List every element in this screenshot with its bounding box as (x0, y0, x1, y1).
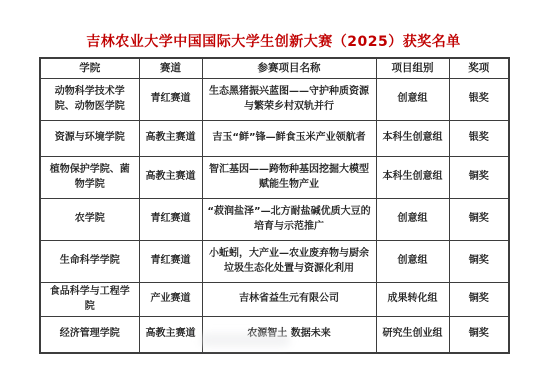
cell-college: 资源与环境学院 (40, 121, 139, 157)
table-row: 食品科学与工程学院 产业赛道 吉林省益生元有限公司 成果转化组 铜奖 (40, 283, 509, 317)
cell-track: 高教主赛道 (139, 317, 202, 353)
cell-college: 生命科学学院 (40, 241, 139, 283)
cell-track: 产业赛道 (139, 283, 202, 317)
cell-group: 本科生创意组 (376, 121, 449, 157)
table-row: 农学院 青红赛道 “菽润盐泽”—北方耐盐碱优质大豆的培育与示范推广 创意组 铜奖 (40, 199, 509, 241)
table-row: 动物科学技术学院、动物医学院 青红赛道 生态黑猪振兴蓝图——守护种质资源与繁荣乡… (40, 79, 509, 121)
cell-college: 经济管理学院 (40, 317, 139, 353)
page-title: 吉林农业大学中国国际大学生创新大赛（2025）获奖名单 (39, 31, 508, 51)
cell-group: 创意组 (376, 79, 449, 121)
cell-project: 生态黑猪振兴蓝图——守护种质资源与繁荣乡村双轨并行 (202, 79, 376, 121)
cell-college: 植物保护学院、菌物学院 (40, 157, 139, 199)
cell-track: 高教主赛道 (139, 121, 202, 157)
header-project: 参赛项目名称 (202, 58, 376, 79)
cell-project: 吉林省益生元有限公司 (202, 283, 376, 317)
table-row: 植物保护学院、菌物学院 高教主赛道 智汇基因——跨物种基因挖掘大模型赋能生物产业… (40, 157, 509, 199)
cell-track: 青红赛道 (139, 79, 202, 121)
cell-project: 吉玉“鲜”锋—鲜食玉米产业领航者 (202, 121, 376, 157)
cell-college: 动物科学技术学院、动物医学院 (40, 79, 139, 121)
header-track: 赛道 (139, 58, 202, 79)
table-row: 生命科学学院 青红赛道 小蚯蚓，大产业—农业废弃物与厨余垃圾生态化处置与资源化利… (40, 241, 509, 283)
cell-track: 青红赛道 (139, 199, 202, 241)
cell-award: 银奖 (449, 79, 509, 121)
cell-group: 成果转化组 (376, 283, 449, 317)
cell-award: 铜奖 (449, 157, 509, 199)
cell-track: 高教主赛道 (139, 157, 202, 199)
cell-award: 铜奖 (449, 199, 509, 241)
header-group: 项目组别 (376, 58, 449, 79)
cell-group: 研究生创业组 (376, 317, 449, 353)
cell-group: 创意组 (376, 199, 449, 241)
table-row: 资源与环境学院 高教主赛道 吉玉“鲜”锋—鲜食玉米产业领航者 本科生创意组 银奖 (40, 121, 509, 157)
header-college: 学院 (40, 58, 139, 79)
cell-project: 小蚯蚓，大产业—农业废弃物与厨余垃圾生态化处置与资源化利用 (202, 241, 376, 283)
cell-award: 铜奖 (449, 241, 509, 283)
cell-project: “菽润盐泽”—北方耐盐碱优质大豆的培育与示范推广 (202, 199, 376, 241)
awards-table: 学院 赛道 参赛项目名称 项目组别 奖项 动物科学技术学院、动物医学院 青红赛道… (39, 57, 510, 354)
cell-track: 青红赛道 (139, 241, 202, 283)
cell-college: 农学院 (40, 199, 139, 241)
table-header-row: 学院 赛道 参赛项目名称 项目组别 奖项 (40, 58, 509, 79)
cell-award: 银奖 (449, 121, 509, 157)
cell-award: 铜奖 (449, 283, 509, 317)
cell-award: 铜奖 (449, 317, 509, 353)
faint-watermark-smudge (200, 333, 290, 347)
cell-college: 食品科学与工程学院 (40, 283, 139, 317)
cell-group: 本科生创意组 (376, 157, 449, 199)
header-award: 奖项 (449, 58, 509, 79)
cell-group: 创意组 (376, 241, 449, 283)
cell-project: 智汇基因——跨物种基因挖掘大模型赋能生物产业 (202, 157, 376, 199)
